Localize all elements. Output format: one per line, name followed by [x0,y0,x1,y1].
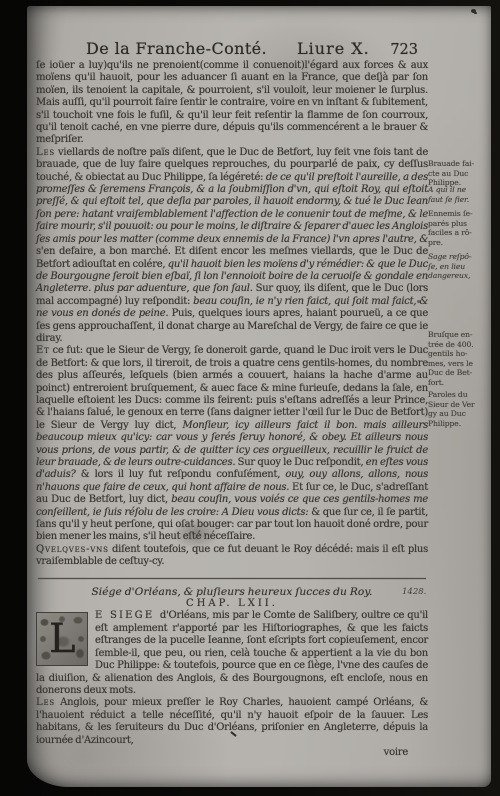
paragraph: Les Anglois, pour mieux preſſer le Roy C… [36,697,428,747]
ink-speck [471,9,476,13]
book-scan-page: De la Franche-Conté. Liure X. 723 ſe ioü… [0,0,500,796]
paragraph: Qvelqves-vns diſent toutefois, que ce fu… [36,544,428,569]
chapter-paragraph: LE SIEGE d'Orléans, mis par le Comte de … [36,610,428,697]
drop-cap-woodcut: L [36,612,88,666]
margin-note: Brauade fai- cte au Duc Philippe. [428,159,486,188]
header-book-number: Liure X. [297,39,370,58]
main-text-column: ſe ioüer a luy)qu'ils ne prenoient(comme… [36,60,428,759]
section-title: Siége d'Orléans, & pluſieurs heureux ſuc… [36,586,428,598]
margin-note: Ennemis ſe- parés plus faciles a rô- pre… [428,209,486,247]
page-number: 723 [390,42,428,58]
paragraph-text: E SIEGE d'Orléans, mis par le Comte de S… [36,610,428,695]
margin-note: Paroles du Sieur de Ver gy au Duc Philip… [428,390,486,428]
ink-speck [417,300,420,303]
margin-note: A qui il ne faut ſe fier. [428,185,486,204]
running-header: De la Franche-Conté. Liure X. 723 [36,39,428,58]
paragraph: ſe ioüer a luy)qu'ils ne prenoient(comme… [36,60,428,147]
header-title: De la Franche-Conté. [86,39,267,58]
margin-note: Bruſque en- trée de 400. gentils ho- mes… [428,330,486,387]
catchword: voire [36,747,428,759]
margin-note-year: 1428. [402,587,426,597]
paragraph: Et ce fut: que le Sieur de Vergy, ſe don… [36,345,428,544]
margin-note: Sage reſpô- ſe, en lieu dangereux, [428,252,486,281]
chapter-heading: CHAP. LXII. [36,598,428,610]
paragraph: Les viellards de noſtre païs diſent, que… [36,147,428,346]
section-divider-rule [38,578,426,579]
